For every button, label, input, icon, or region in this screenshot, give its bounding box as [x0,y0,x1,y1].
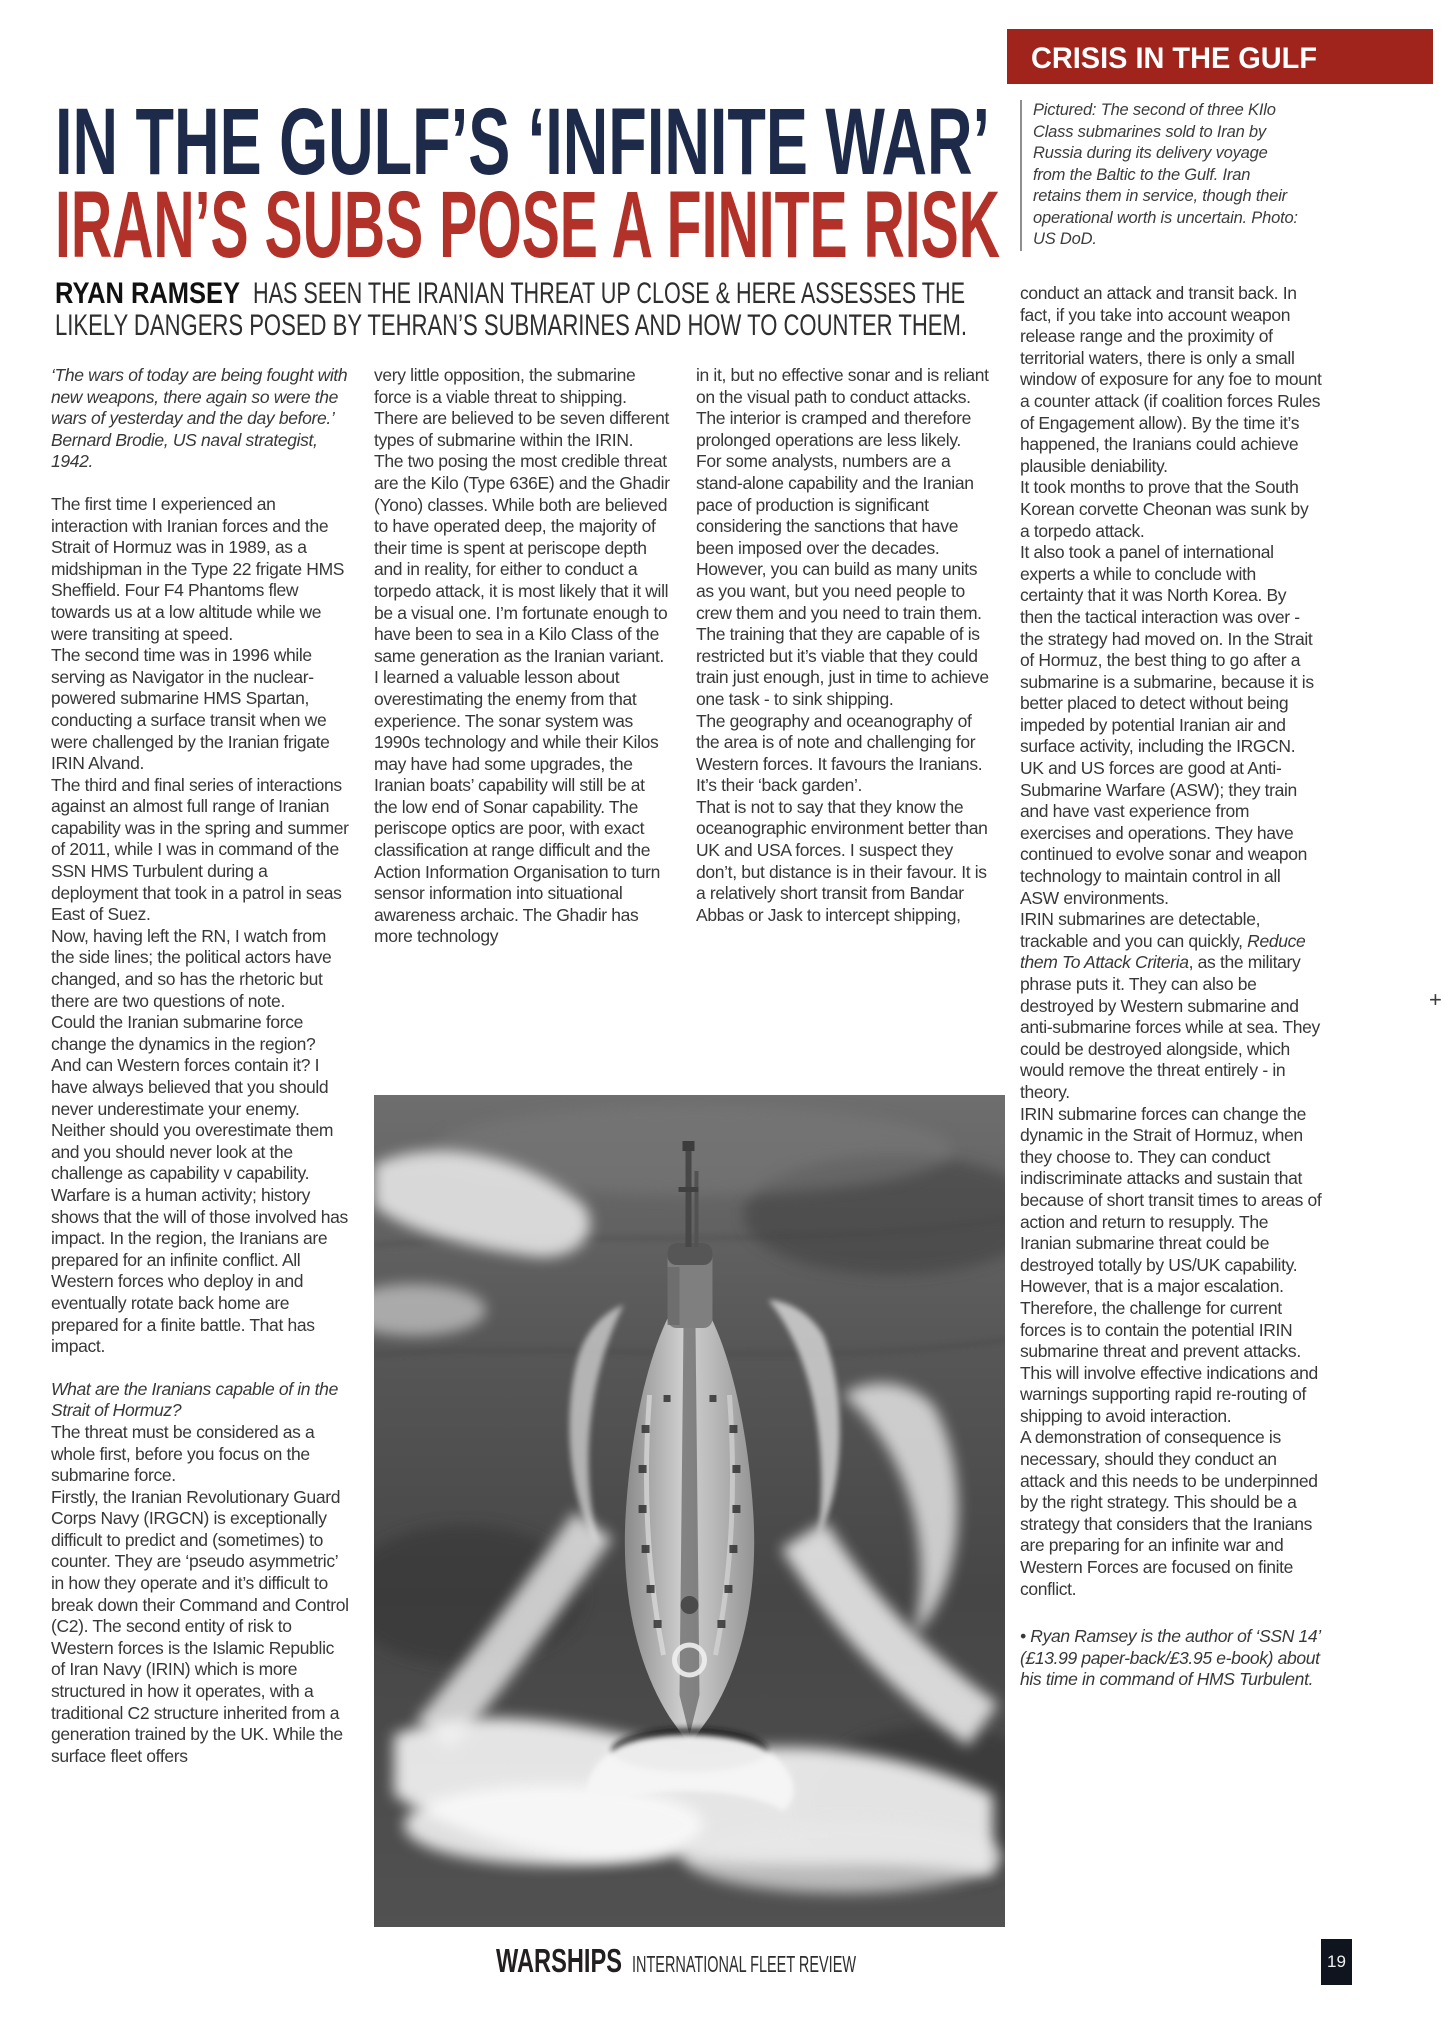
headline-line2: IRAN’S SUBS POSE A FINITE RISK [55,172,1000,270]
text-column-2: very little opposition, the submarine fo… [374,365,672,948]
page-number-box: 19 [1321,1939,1352,1985]
section-banner-label: CRISIS IN THE GULF [1031,42,1317,75]
paragraph: The third and final series of interactio… [51,775,349,926]
paragraph: Neither should you overestimate them and… [51,1120,349,1358]
paragraph: The threat must be considered as a whole… [51,1422,349,1487]
periscope-mast [686,1147,692,1247]
paragraph: IRIN submarine forces can change the dyn… [1020,1104,1322,1428]
paragraph-segment: , as the military phrase puts it. They c… [1020,952,1320,1102]
section-banner: CRISIS IN THE GULF [1007,29,1433,84]
paragraph: The two posing the most credible threat … [374,451,672,948]
paragraph: very little opposition, the submarine fo… [374,365,672,451]
paragraph-segment: IRIN submarines are detectable, trackabl… [1020,909,1260,951]
paragraph: The geography and oceanography of the ar… [696,711,994,797]
page-number: 19 [1327,1952,1346,1972]
paragraph: It took months to prove that the South K… [1020,477,1322,542]
footer: WARSHIPS INTERNATIONAL FLEET REVIEW [496,1946,876,1980]
text-column-4: conduct an attack and transit back. In f… [1020,283,1322,1691]
paragraph: Now, having left the RN, I watch from th… [51,926,349,1012]
byline-author: RYAN RAMSEY [55,278,240,310]
paragraph: in it, but no effective sonar and is rel… [696,365,994,451]
magazine-logo: WARSHIPS [496,1946,622,1979]
submarine-photo [374,1095,1005,1927]
byline-line1-rest: HAS SEEN THE IRANIAN THREAT UP CLOSE & H… [253,278,965,310]
paragraph: Could the Iranian submarine force change… [51,1012,349,1120]
paragraph: The first time I experienced an interact… [51,494,349,645]
paragraph: That is not to say that they know the oc… [696,797,994,927]
byline: RYAN RAMSEY HAS SEEN THE IRANIAN THREAT … [55,278,985,348]
magazine-subtitle: INTERNATIONAL FLEET REVIEW [632,1951,856,1977]
paragraph: It also took a panel of international ex… [1020,542,1322,909]
headline: IN THE GULF’S ‘INFINITE WAR’ IRAN’S SUBS… [55,95,1015,270]
section-subhead: What are the Iranians capable of in the … [51,1379,349,1422]
magazine-page: CRISIS IN THE GULF IN THE GULF’S ‘INFINI… [0,0,1445,2026]
paragraph: IRIN submarines are detectable, trackabl… [1020,909,1322,1103]
section-banner-art: CRISIS IN THE GULF [1007,29,1433,84]
author-note: • Ryan Ramsey is the author of ‘SSN 14’ … [1020,1626,1322,1691]
byline-line2: LIKELY DANGERS POSED BY TEHRAN’S SUBMARI… [55,309,967,342]
paragraph: Firstly, the Iranian Revolutionary Guard… [51,1487,349,1768]
paragraph: conduct an attack and transit back. In f… [1020,283,1322,477]
paragraph: The second time was in 1996 while servin… [51,645,349,775]
photo-caption: Pictured: The second of three KIlo Class… [1020,100,1301,251]
pull-quote: ‘The wars of today are being fought with… [51,365,349,473]
registration-mark: + [1429,990,1442,1010]
text-column-3: in it, but no effective sonar and is rel… [696,365,994,926]
paragraph: A demonstration of consequence is necess… [1020,1427,1322,1600]
paragraph: For some analysts, numbers are a stand-a… [696,451,994,710]
text-column-1: ‘The wars of today are being fought with… [51,365,349,1767]
